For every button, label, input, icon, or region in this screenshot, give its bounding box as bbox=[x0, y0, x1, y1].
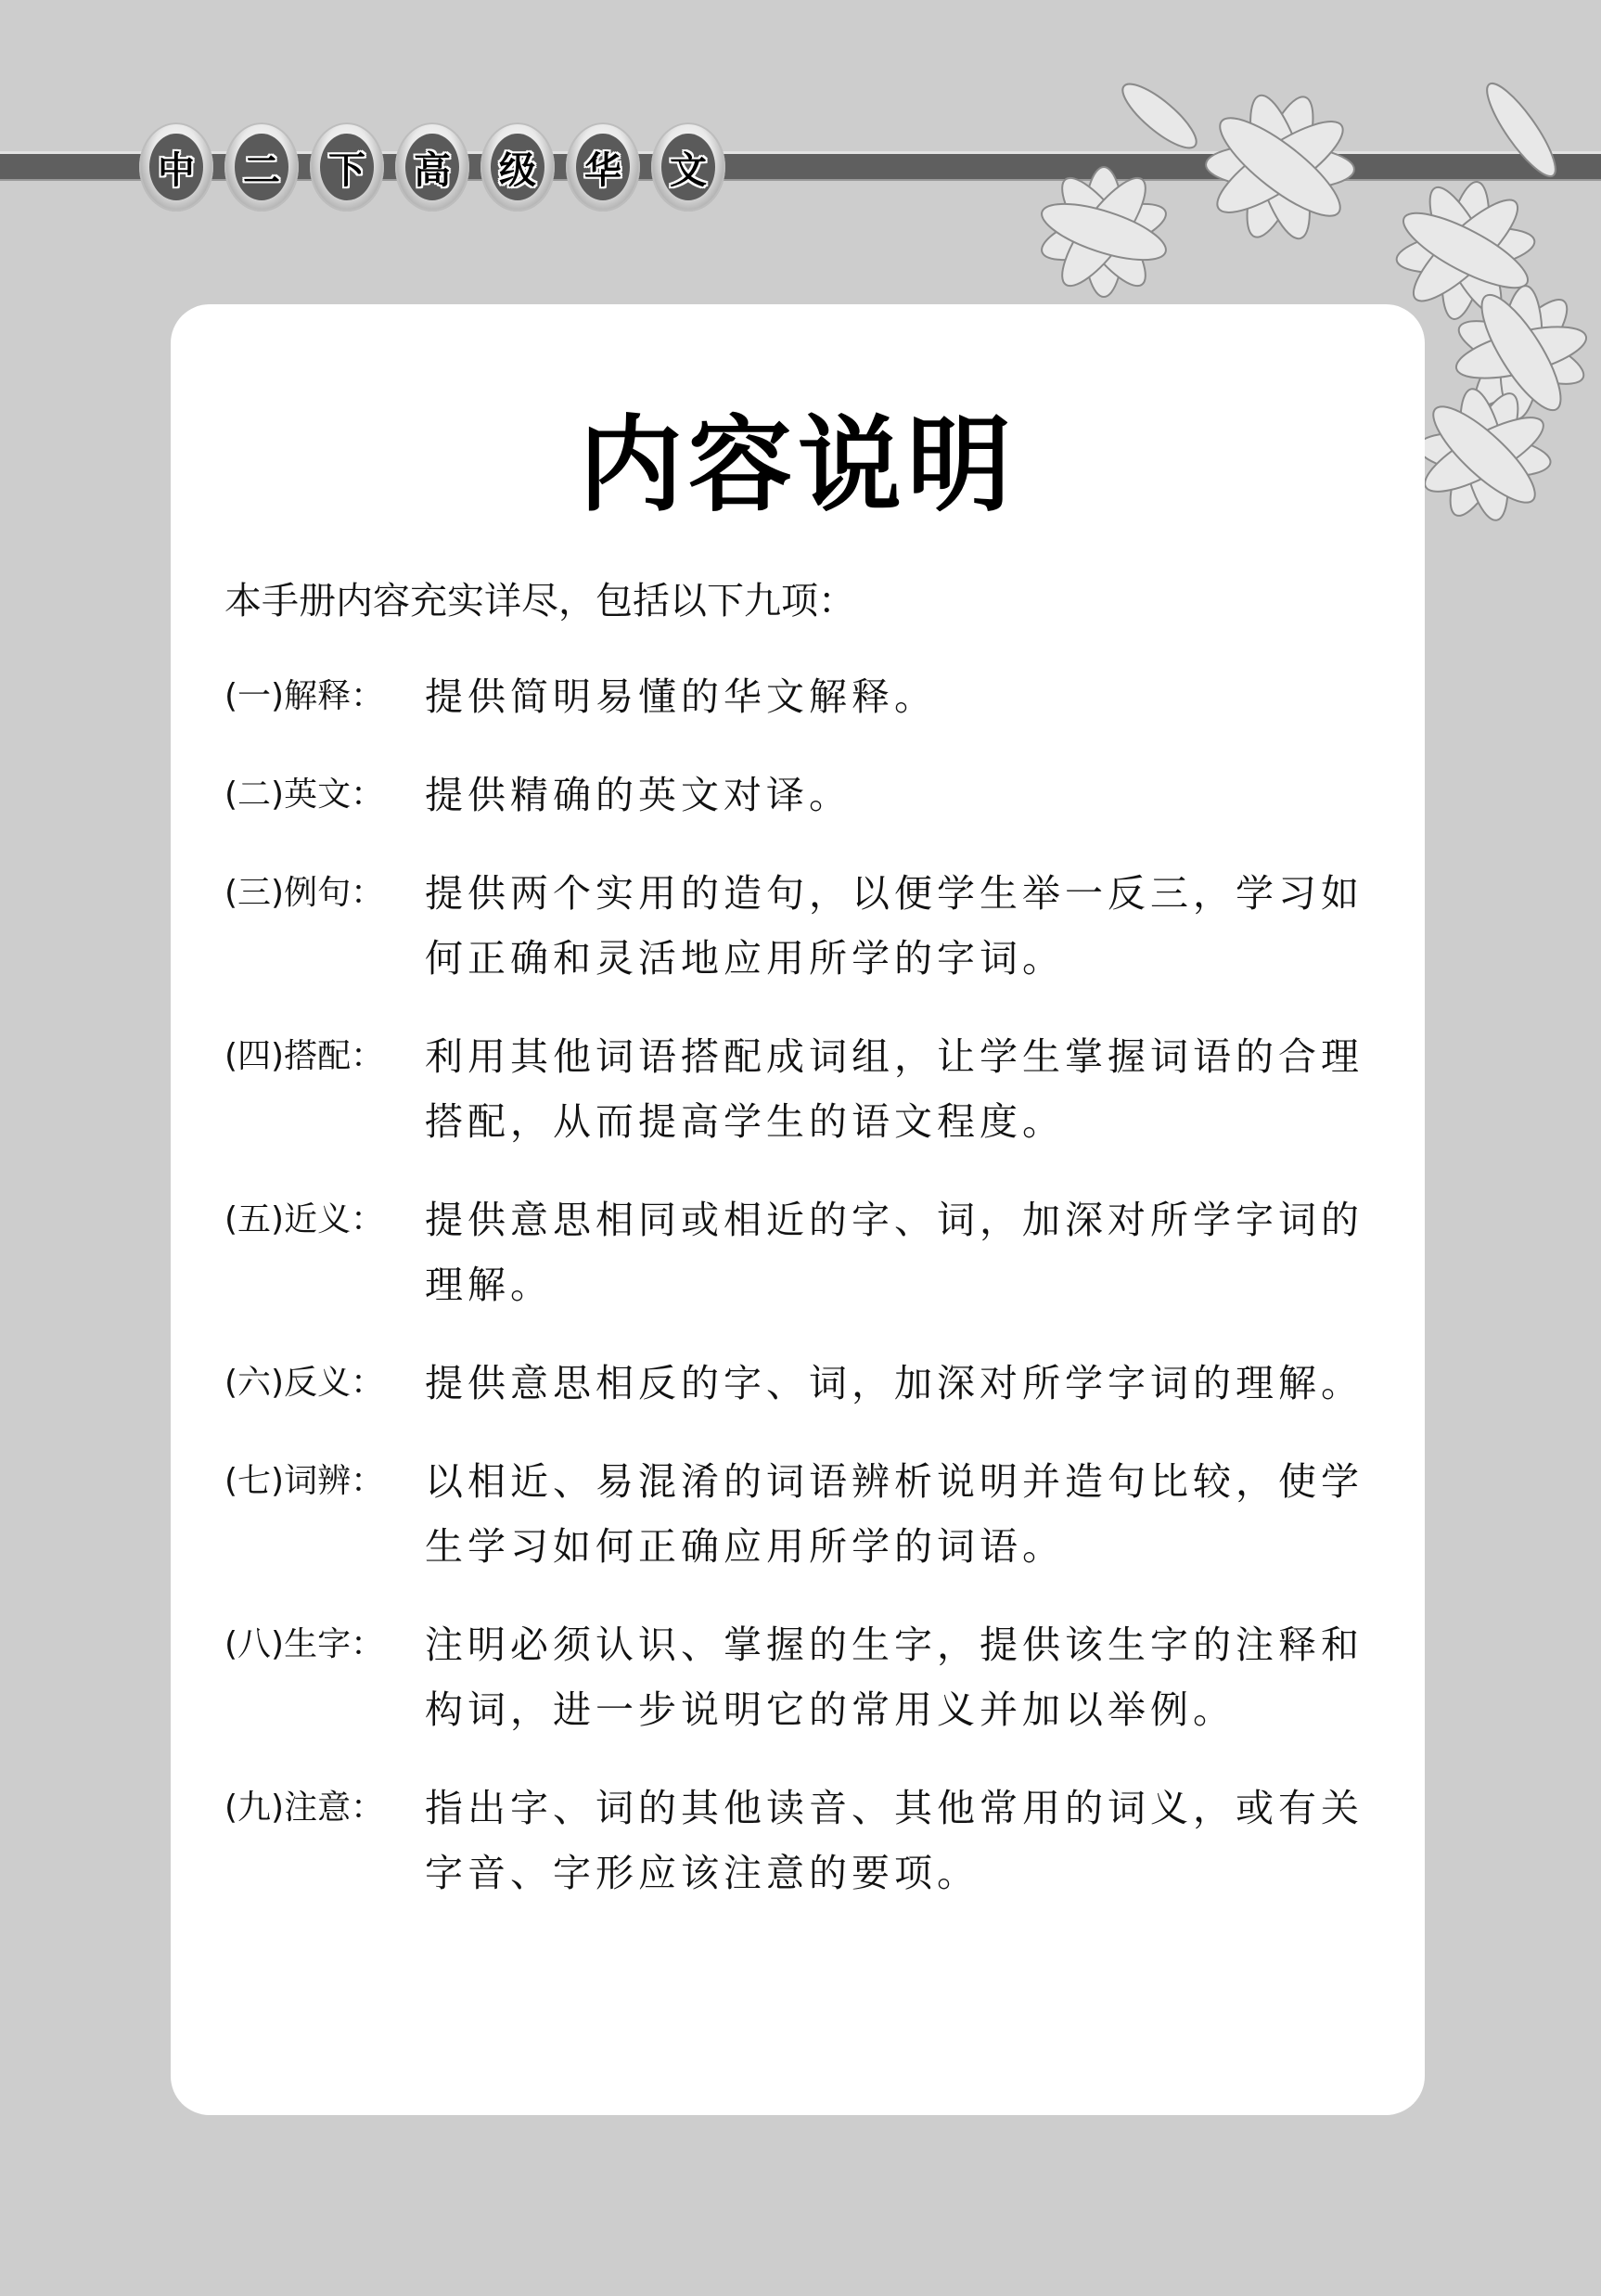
content-card: 内容说明 本手册内容充实详尽，包括以下九项： (一)解释：提供简明易懂的华文解释… bbox=[171, 304, 1425, 2115]
intro-text: 本手册内容充实详尽，包括以下九项： bbox=[224, 571, 855, 624]
series-badge-char: 高 bbox=[405, 134, 459, 200]
series-badge: 华 bbox=[566, 122, 640, 212]
series-badge-char: 中 bbox=[149, 134, 203, 200]
item-label: (九)注意： bbox=[224, 1776, 425, 1905]
list-item: (九)注意：指出字、词的其他读音、其他常用的词义，或有关字音、字形应该注意的要项… bbox=[224, 1776, 1393, 1905]
item-list: (一)解释：提供简明易懂的华文解释。 (二)英文：提供精确的英文对译。 (三)例… bbox=[224, 664, 1393, 1939]
series-badge-char: 级 bbox=[491, 134, 544, 200]
item-label: (二)英文： bbox=[224, 763, 425, 827]
item-text: 提供意思相反的字、词，加深对所学字词的理解。 bbox=[425, 1351, 1393, 1416]
list-item: (七)词辨：以相近、易混淆的词语辨析说明并造句比较，使学生学习如何正确应用所学的… bbox=[224, 1449, 1393, 1579]
series-badge-char: 下 bbox=[320, 134, 374, 200]
list-item: (四)搭配：利用其他词语搭配成词组，让学生掌握词语的合理搭配，从而提高学生的语文… bbox=[224, 1024, 1393, 1154]
item-text: 指出字、词的其他读音、其他常用的词义，或有关字音、字形应该注意的要项。 bbox=[425, 1776, 1393, 1905]
page-title: 内容说明 bbox=[171, 382, 1425, 532]
series-badge: 高 bbox=[395, 122, 469, 212]
series-badge: 下 bbox=[310, 122, 384, 212]
list-item: (三)例句：提供两个实用的造句，以便学生举一反三，学习如何正确和灵活地应用所学的… bbox=[224, 861, 1393, 991]
item-label: (六)反义： bbox=[224, 1351, 425, 1416]
list-item: (八)生字：注明必须认识、掌握的生字，提供该生字的注释和构词，进一步说明它的常用… bbox=[224, 1612, 1393, 1742]
item-text: 以相近、易混淆的词语辨析说明并造句比较，使学生学习如何正确应用所学的词语。 bbox=[425, 1449, 1393, 1579]
item-text: 注明必须认识、掌握的生字，提供该生字的注释和构词，进一步说明它的常用义并加以举例… bbox=[425, 1612, 1393, 1742]
series-badge-char: 华 bbox=[576, 134, 630, 200]
item-text: 利用其他词语搭配成词组，让学生掌握词语的合理搭配，从而提高学生的语文程度。 bbox=[425, 1024, 1393, 1154]
series-badge: 中 bbox=[139, 122, 213, 212]
list-item: (六)反义：提供意思相反的字、词，加深对所学字词的理解。 bbox=[224, 1351, 1393, 1416]
item-label: (三)例句： bbox=[224, 861, 425, 991]
series-badge-char: 文 bbox=[661, 134, 715, 200]
list-item: (二)英文：提供精确的英文对译。 bbox=[224, 763, 1393, 827]
item-text: 提供意思相同或相近的字、词，加深对所学字词的理解。 bbox=[425, 1187, 1393, 1317]
item-label: (七)词辨： bbox=[224, 1449, 425, 1579]
series-badge: 文 bbox=[651, 122, 725, 212]
series-badge: 二 bbox=[224, 122, 299, 212]
item-label: (一)解释： bbox=[224, 664, 425, 729]
list-item: (五)近义：提供意思相同或相近的字、词，加深对所学字词的理解。 bbox=[224, 1187, 1393, 1317]
item-text: 提供两个实用的造句，以便学生举一反三，学习如何正确和灵活地应用所学的字词。 bbox=[425, 861, 1393, 991]
list-item: (一)解释：提供简明易懂的华文解释。 bbox=[224, 664, 1393, 729]
series-title-badges: 中 二 下 高 级 华 文 bbox=[139, 122, 725, 212]
item-label: (八)生字： bbox=[224, 1612, 425, 1742]
series-badge-char: 二 bbox=[235, 134, 288, 200]
series-badge: 级 bbox=[480, 122, 555, 212]
item-label: (五)近义： bbox=[224, 1187, 425, 1317]
item-text: 提供精确的英文对译。 bbox=[425, 763, 1393, 827]
item-text: 提供简明易懂的华文解释。 bbox=[425, 664, 1393, 729]
item-label: (四)搭配： bbox=[224, 1024, 425, 1154]
